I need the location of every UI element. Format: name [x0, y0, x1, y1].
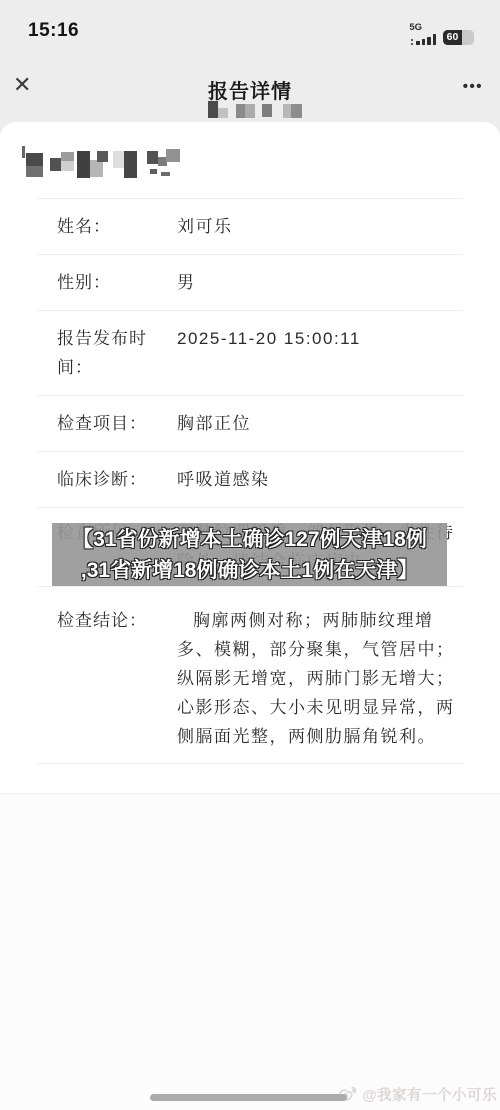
signal-strength-icon: 5G: [409, 23, 436, 45]
field-label: 临床诊断：: [37, 465, 177, 494]
redaction-pixel-block: [291, 104, 302, 118]
report-field-row: 报告发布时间：2025-11-20 15:00:11: [37, 311, 463, 396]
redaction-pixel-block: [90, 160, 103, 177]
status-indicators: 5G 60: [409, 23, 474, 45]
redaction-pixel-block: [245, 104, 255, 118]
weibo-watermark: @我家有一个小可乐: [336, 1084, 497, 1105]
field-value: 2025-11-20 15:00:11: [177, 324, 463, 382]
redaction-pixel-block: [147, 151, 158, 164]
redaction-pixel-block: [150, 169, 157, 174]
report-field-row: 检查结论：胸廓两侧对称；两肺肺纹理增多、模糊，部分聚集，气管居中；纵隔影无增宽，…: [37, 587, 463, 764]
network-type-label: 5G: [409, 23, 422, 32]
more-menu-icon[interactable]: •••: [463, 78, 483, 95]
redaction-pixel-block: [22, 146, 25, 158]
redaction-pixel-block: [218, 108, 228, 118]
field-label: 性别：: [37, 268, 177, 297]
field-value: 胸部正位: [177, 409, 463, 438]
battery-icon: 60: [443, 30, 474, 46]
redaction-pixel-block: [283, 104, 291, 118]
report-field-row: 临床诊断：呼吸道感染: [37, 452, 463, 508]
redaction-pixel-block: [61, 161, 74, 171]
field-value: 男: [177, 268, 463, 297]
redaction-pixel-block: [113, 151, 124, 168]
redaction-pixel-block: [26, 153, 43, 166]
caption-line-2: ,31省新增18例确诊本土1例在天津】: [81, 555, 418, 586]
page-lower-area: [0, 793, 500, 1110]
battery-percent: 60: [443, 30, 462, 46]
redaction-pixel-block: [97, 151, 108, 162]
report-detail-screen: 15:16 5G 60 ✕ 报告详情 ••• 姓名：刘可乐性别：男报告发布时间：…: [0, 0, 500, 1110]
field-value: 胸廓两侧对称；两肺肺纹理增多、模糊，部分聚集，气管居中；纵隔影无增宽，两肺门影无…: [177, 606, 463, 751]
field-label: 检查结论：: [37, 606, 177, 751]
redaction-pixel-block: [124, 151, 137, 178]
redaction-pixel-block: [26, 166, 43, 177]
redaction-pixel-block: [161, 172, 170, 176]
page-title: 报告详情: [0, 75, 500, 104]
status-time: 15:16: [28, 20, 79, 42]
field-value: 呼吸道感染: [177, 465, 463, 494]
redaction-pixel-block: [208, 101, 218, 118]
report-field-row: 姓名：刘可乐: [37, 199, 463, 255]
signal-bars-icon: [411, 34, 437, 45]
field-label: 姓名：: [37, 212, 177, 241]
field-label: 检查项目：: [37, 409, 177, 438]
report-field-row: 检查项目：胸部正位: [37, 396, 463, 452]
redaction-pixel-block: [262, 104, 272, 117]
report-fields: 姓名：刘可乐性别：男报告发布时间：2025-11-20 15:00:11检查项目…: [37, 198, 463, 764]
redacted-report-heading: [0, 122, 500, 198]
redaction-pixel-block: [236, 104, 245, 118]
caption-line-1: 【31省份新增本土确诊127例天津18例: [72, 524, 427, 555]
news-caption-overlay: 【31省份新增本土确诊127例天津18例 ,31省新增18例确诊本土1例在天津】: [52, 523, 447, 586]
home-indicator-bar[interactable]: [150, 1094, 347, 1101]
field-value: 刘可乐: [177, 212, 463, 241]
report-field-row: 性别：男: [37, 255, 463, 311]
data-activity-icon: [411, 43, 414, 46]
report-card: 姓名：刘可乐性别：男报告发布时间：2025-11-20 15:00:11检查项目…: [0, 122, 500, 794]
watermark-text: @我家有一个小可乐: [362, 1084, 497, 1105]
field-label: 报告发布时间：: [37, 324, 177, 382]
redaction-pixel-block: [50, 158, 61, 171]
redaction-pixel-block: [166, 149, 180, 162]
redaction-pixel-block: [61, 152, 74, 161]
redaction-pixel-block: [77, 151, 90, 178]
